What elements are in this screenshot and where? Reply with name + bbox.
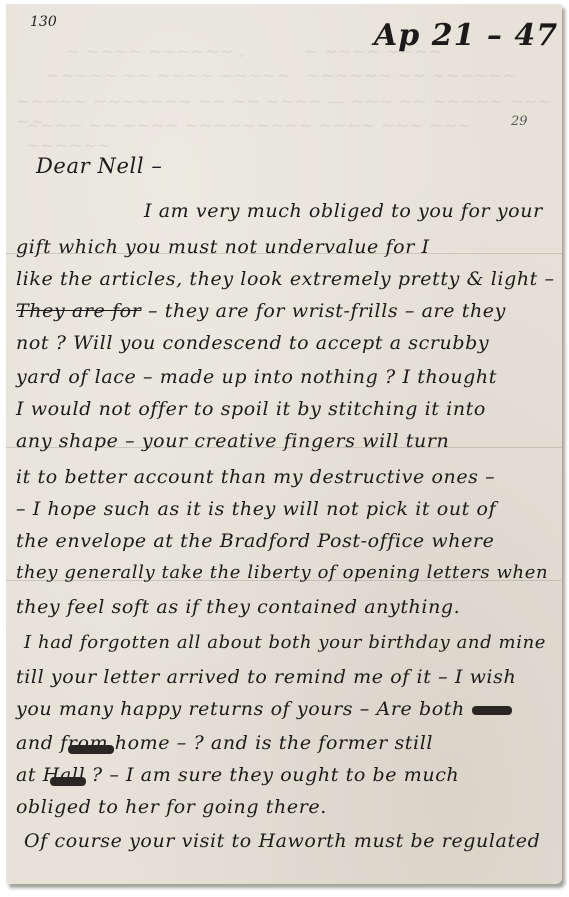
pencil-annotation: 29 (511, 114, 528, 129)
letter-line: the envelope at the Bradford Post-office… (16, 530, 494, 552)
struck-text: They are for (16, 300, 141, 322)
bleed-through-text: ~~~~ ~~ ~~~~ ~~~~~~~~~ ~~~~ ~~~ ~~~ ~~~~… (26, 116, 562, 156)
letter-line: not ? Will you condescend to accept a sc… (16, 332, 489, 354)
letter-line: it to better account than my destructive… (16, 466, 495, 488)
letter-line: they generally take the liberty of openi… (16, 562, 548, 583)
letter-line: yard of lace – made up into nothing ? I … (16, 366, 497, 388)
letter-line: They are for – they are for wrist-frills… (16, 300, 506, 322)
letter-line: I am very much obliged to you for your (144, 200, 543, 222)
letter-line: you many happy returns of yours – Are bo… (16, 698, 512, 720)
letter-line: till your letter arrived to remind me of… (16, 666, 516, 688)
letter-line: obliged to her for going there. (16, 796, 327, 818)
letter-page: ~ ~~~~ ~~~~~~ . ~ ~~~~ ~~~~ ~~~~~ ~~ ~~~… (6, 4, 562, 884)
ink-redaction (50, 777, 86, 786)
letter-line: I would not offer to spoil it by stitchi… (16, 398, 486, 420)
letter-line: – I hope such as it is they will not pic… (16, 498, 496, 520)
bleed-through-text: ~~~~~ ~~ ~~~~ ~~~~~ ~~~~~~ ~~ ~~~~~~ (46, 66, 562, 86)
letter-line-text: you many happy returns of yours – Are bo… (16, 698, 465, 720)
letter-line: gift which you must not undervalue for I (16, 236, 430, 258)
folio-number: 130 (30, 14, 57, 30)
letter-date: Ap 21 – 47 (374, 18, 558, 53)
letter-line: they feel soft as if they contained anyt… (16, 596, 460, 618)
ink-redaction (472, 706, 512, 715)
ink-redaction (68, 745, 114, 754)
letter-line: any shape – your creative fingers will t… (16, 430, 449, 452)
letter-line: Of course your visit to Haworth must be … (24, 830, 540, 852)
salutation: Dear Nell – (36, 154, 163, 178)
letter-line: like the articles, they look extremely p… (16, 268, 555, 290)
letter-line-text: – they are for wrist-frills – are they (148, 300, 506, 322)
letter-line: I had forgotten all about both your birt… (24, 632, 546, 653)
